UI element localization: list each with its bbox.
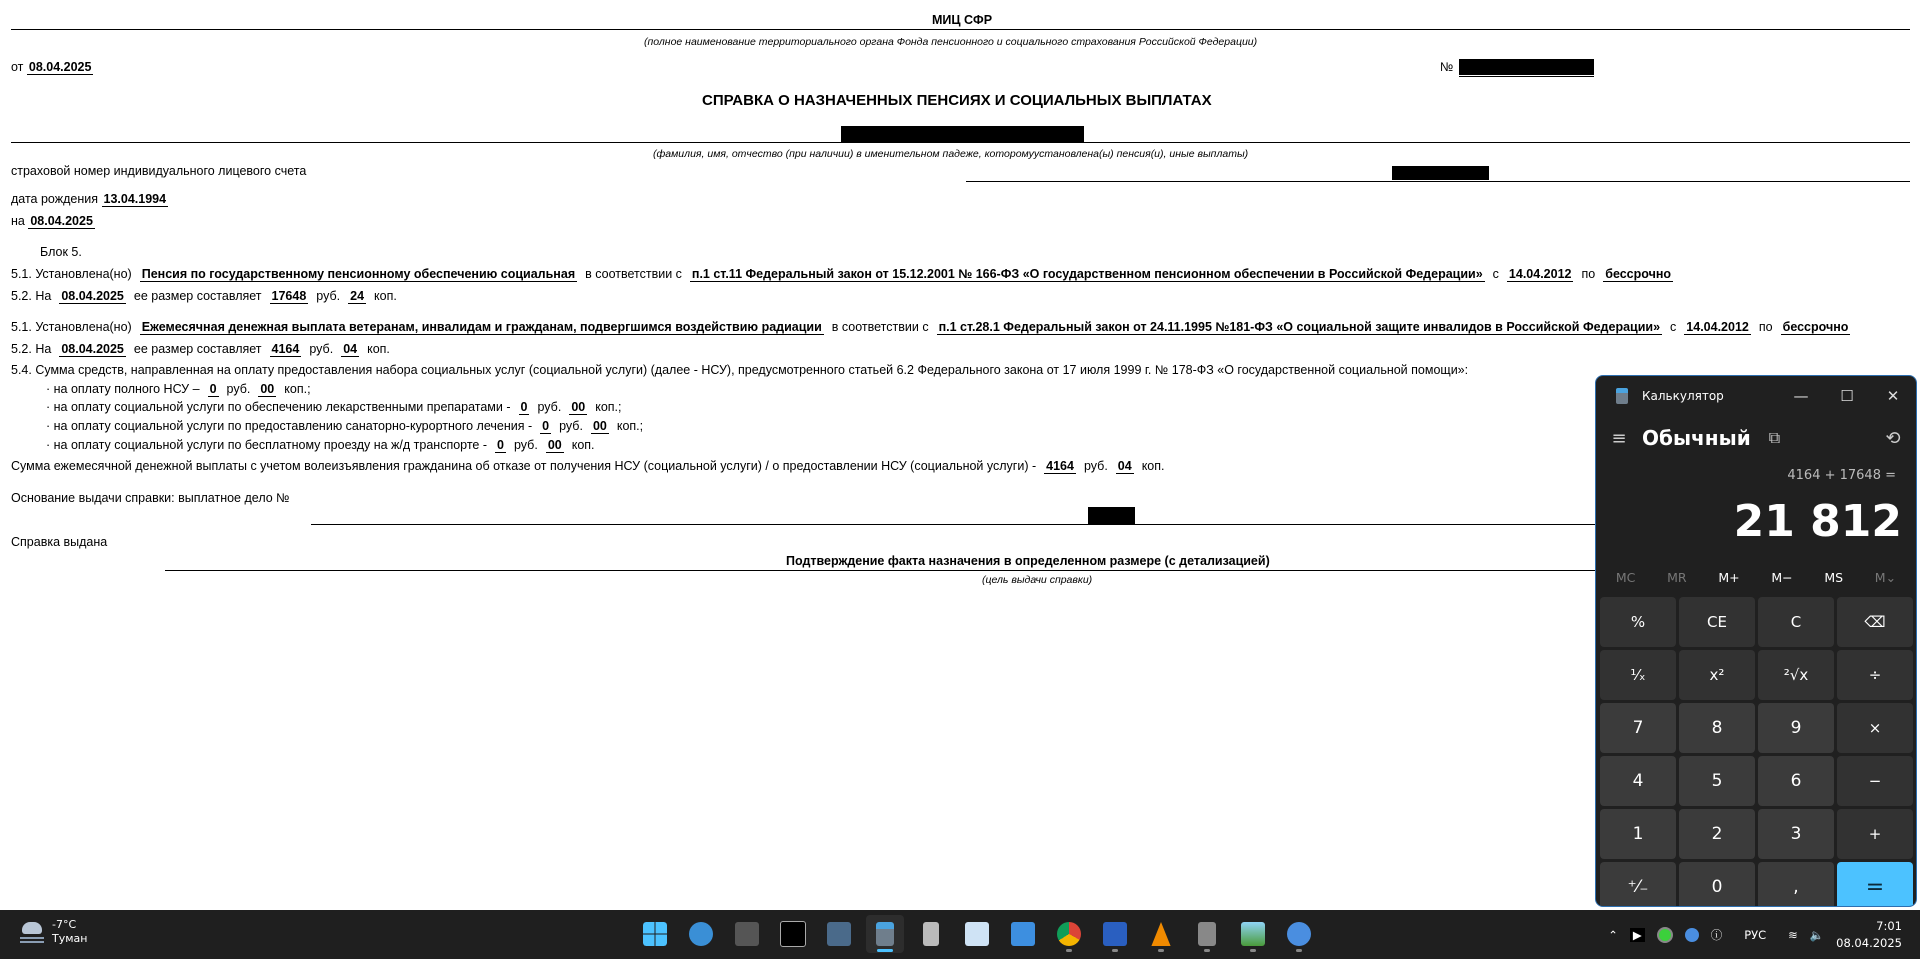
org-name: МИЦ СФР bbox=[932, 13, 992, 27]
minimize-button[interactable]: — bbox=[1778, 387, 1824, 405]
doc-number: № bbox=[1440, 60, 1453, 74]
memory-subtract-button[interactable]: M− bbox=[1771, 570, 1792, 585]
calculator-mode: Обычный bbox=[1642, 426, 1751, 450]
speaker-icon bbox=[923, 922, 939, 946]
taskbar: -7°C Туман ⌃ ▶ ⓘ РУС ≋ 🔈 7:01 08.04.2025 bbox=[0, 910, 1920, 959]
digit-3-key[interactable]: 3 bbox=[1758, 809, 1834, 859]
taskbar-save-app[interactable] bbox=[1096, 915, 1134, 953]
volume-icon[interactable]: 🔈 bbox=[1810, 928, 1824, 942]
clear-key[interactable]: C bbox=[1758, 597, 1834, 647]
system-tray: ⌃ ▶ ⓘ РУС ≋ 🔈 7:01 08.04.2025 bbox=[1608, 910, 1902, 959]
terminal-icon bbox=[780, 921, 806, 947]
clock-time: 7:01 bbox=[1836, 918, 1902, 935]
memory-list-button[interactable]: M⌄ bbox=[1875, 570, 1896, 585]
windows-logo-icon bbox=[643, 922, 667, 946]
purpose: Подтверждение факта назначения в определ… bbox=[786, 554, 1270, 568]
redacted-number bbox=[1459, 59, 1594, 75]
birth-date: дата рождения 13.04.1994 bbox=[11, 192, 168, 206]
palette-icon bbox=[689, 922, 713, 946]
basis-label: Основание выдачи справки: выплатное дело… bbox=[11, 491, 290, 505]
device-icon bbox=[1198, 922, 1216, 946]
weather-temperature: -7°C bbox=[52, 918, 87, 932]
memory-store-button[interactable]: MS bbox=[1824, 570, 1843, 585]
start-button[interactable] bbox=[636, 915, 674, 953]
add-key[interactable]: + bbox=[1837, 809, 1913, 859]
payment-2-line-2: 5.2. На08.04.2025ее размер составляет416… bbox=[11, 342, 390, 356]
taskbar-music-search[interactable] bbox=[820, 915, 858, 953]
waveform-icon bbox=[965, 922, 989, 946]
name-caption: (фамилия, имя, отчество (при наличии) в … bbox=[653, 148, 1248, 160]
payment-1-line-1: 5.1. Установлена(но)Пенсия по государств… bbox=[11, 267, 1673, 281]
memory-add-button[interactable]: M+ bbox=[1718, 570, 1739, 585]
calculator-icon bbox=[876, 922, 894, 946]
taskbar-terminal[interactable] bbox=[774, 915, 812, 953]
issued-label: Справка выдана bbox=[11, 535, 107, 549]
payment-1-line-2: 5.2. На08.04.2025ее размер составляет176… bbox=[11, 289, 397, 303]
landscape-photo-icon bbox=[1241, 922, 1265, 946]
taskbar-apps bbox=[636, 915, 1318, 953]
doc-date: от 08.04.2025 bbox=[11, 60, 93, 74]
total-amount: Сумма ежемесячной денежной выплаты с уче… bbox=[11, 459, 1165, 473]
nsu-item: · на оплату социальной услуги по бесплат… bbox=[46, 438, 595, 452]
digit-7-key[interactable]: 7 bbox=[1600, 703, 1676, 753]
qbittorrent-icon bbox=[1287, 922, 1311, 946]
hamburger-menu-icon[interactable]: ≡ bbox=[1596, 428, 1642, 449]
digit-6-key[interactable]: 6 bbox=[1758, 756, 1834, 806]
doc-title: СПРАВКА О НАЗНАЧЕННЫХ ПЕНСИЯХ И СОЦИАЛЬН… bbox=[702, 92, 1212, 109]
calculator-app-icon bbox=[1616, 388, 1628, 404]
digit-0-key[interactable]: 0 bbox=[1679, 862, 1755, 907]
tray-qbittorrent-icon[interactable] bbox=[1685, 928, 1699, 942]
weather-description: Туман bbox=[52, 932, 87, 946]
memory-recall-button[interactable]: MR bbox=[1667, 570, 1686, 585]
nsu-item: · на оплату социальной услуги по обеспеч… bbox=[46, 400, 622, 414]
digit-1-key[interactable]: 1 bbox=[1600, 809, 1676, 859]
chart-app-icon bbox=[1011, 922, 1035, 946]
digit-8-key[interactable]: 8 bbox=[1679, 703, 1755, 753]
maximize-button[interactable]: ☐ bbox=[1824, 387, 1870, 405]
divide-key[interactable]: ÷ bbox=[1837, 650, 1913, 700]
taskbar-chrome[interactable] bbox=[1050, 915, 1088, 953]
vlc-cone-icon bbox=[1149, 922, 1173, 946]
calculator-title: Калькулятор bbox=[1642, 389, 1778, 403]
weather-widget[interactable]: -7°C Туман bbox=[20, 918, 87, 946]
taskbar-qbittorrent[interactable] bbox=[1280, 915, 1318, 953]
backspace-key[interactable]: ⌫ bbox=[1837, 597, 1913, 647]
history-icon[interactable]: ⟲ bbox=[1870, 428, 1916, 449]
block-title: Блок 5. bbox=[40, 245, 82, 259]
wifi-icon[interactable]: ≋ bbox=[1788, 928, 1798, 942]
memory-bar: MC MR M+ M− MS M⌄ bbox=[1596, 562, 1916, 592]
taskbar-paint[interactable] bbox=[682, 915, 720, 953]
digit-9-key[interactable]: 9 bbox=[1758, 703, 1834, 753]
purpose-caption: (цель выдачи справки) bbox=[982, 574, 1092, 586]
tray-green-status-icon[interactable] bbox=[1657, 927, 1673, 943]
on-date: на 08.04.2025 bbox=[11, 214, 95, 228]
org-caption: (полное наименование территориального ор… bbox=[644, 36, 1257, 48]
redacted-snils bbox=[1392, 166, 1489, 180]
nsu-text: 5.4. Сумма средств, направленная на опла… bbox=[11, 363, 1468, 377]
language-indicator[interactable]: РУС bbox=[1744, 928, 1766, 942]
tray-app-arrow-icon[interactable]: ▶ bbox=[1630, 928, 1645, 942]
taskbar-vlc[interactable] bbox=[1142, 915, 1180, 953]
square-key[interactable]: x² bbox=[1679, 650, 1755, 700]
payment-2-line-1: 5.1. Установлена(но)Ежемесячная денежная… bbox=[11, 320, 1850, 334]
clock[interactable]: 7:01 08.04.2025 bbox=[1836, 918, 1902, 952]
calculator-window[interactable]: Калькулятор — ☐ ✕ ≡ Обычный ⧉ ⟲ 4164 + 1… bbox=[1595, 375, 1917, 907]
taskbar-calculator[interactable] bbox=[866, 915, 904, 953]
close-button[interactable]: ✕ bbox=[1870, 387, 1916, 405]
clapperboard-icon bbox=[735, 922, 759, 946]
clock-date: 08.04.2025 bbox=[1836, 935, 1902, 952]
calculator-expression: 4164 + 17648 = bbox=[1596, 468, 1916, 492]
tray-info-icon[interactable]: ⓘ bbox=[1711, 927, 1723, 943]
taskbar-presentation[interactable] bbox=[1004, 915, 1042, 953]
redacted-case-number bbox=[1088, 507, 1135, 524]
negate-key[interactable]: ⁺⁄₋ bbox=[1600, 862, 1676, 907]
square-root-key[interactable]: ²√x bbox=[1758, 650, 1834, 700]
taskbar-speaker[interactable] bbox=[912, 915, 950, 953]
nsu-item: · на оплату полного НСУ –0руб.00коп.; bbox=[46, 382, 311, 396]
reciprocal-key[interactable]: ¹⁄ₓ bbox=[1600, 650, 1676, 700]
multiply-key[interactable]: × bbox=[1837, 703, 1913, 753]
calculator-titlebar[interactable]: Калькулятор — ☐ ✕ bbox=[1596, 376, 1916, 416]
calculator-result: 21 812 bbox=[1596, 492, 1916, 562]
taskbar-video-editor[interactable] bbox=[728, 915, 766, 953]
redacted-name bbox=[841, 126, 1084, 142]
clear-entry-key[interactable]: CE bbox=[1679, 597, 1755, 647]
show-hidden-icons-chevron-icon[interactable]: ⌃ bbox=[1608, 928, 1618, 942]
percent-key[interactable]: % bbox=[1600, 597, 1676, 647]
keypad: % CE C ⌫ ¹⁄ₓ x² ²√x ÷ 7 8 9 × 4 5 6 − 1 … bbox=[1596, 592, 1916, 907]
memory-clear-button[interactable]: MC bbox=[1616, 570, 1636, 585]
chrome-icon bbox=[1057, 922, 1081, 946]
equals-key[interactable]: = bbox=[1837, 862, 1913, 907]
subtract-key[interactable]: − bbox=[1837, 756, 1913, 806]
digit-4-key[interactable]: 4 bbox=[1600, 756, 1676, 806]
digit-2-key[interactable]: 2 bbox=[1679, 809, 1755, 859]
decimal-key[interactable]: , bbox=[1758, 862, 1834, 907]
taskbar-audio-analyzer[interactable] bbox=[958, 915, 996, 953]
music-search-icon bbox=[827, 922, 851, 946]
keep-on-top-icon[interactable]: ⧉ bbox=[1769, 428, 1870, 448]
snils-label: страховой номер индивидуального лицевого… bbox=[11, 164, 306, 178]
taskbar-photos[interactable] bbox=[1234, 915, 1272, 953]
floppy-disk-icon bbox=[1103, 922, 1127, 946]
taskbar-device[interactable] bbox=[1188, 915, 1226, 953]
fog-weather-icon bbox=[20, 920, 44, 944]
nsu-item: · на оплату социальной услуги по предост… bbox=[46, 419, 643, 433]
digit-5-key[interactable]: 5 bbox=[1679, 756, 1755, 806]
